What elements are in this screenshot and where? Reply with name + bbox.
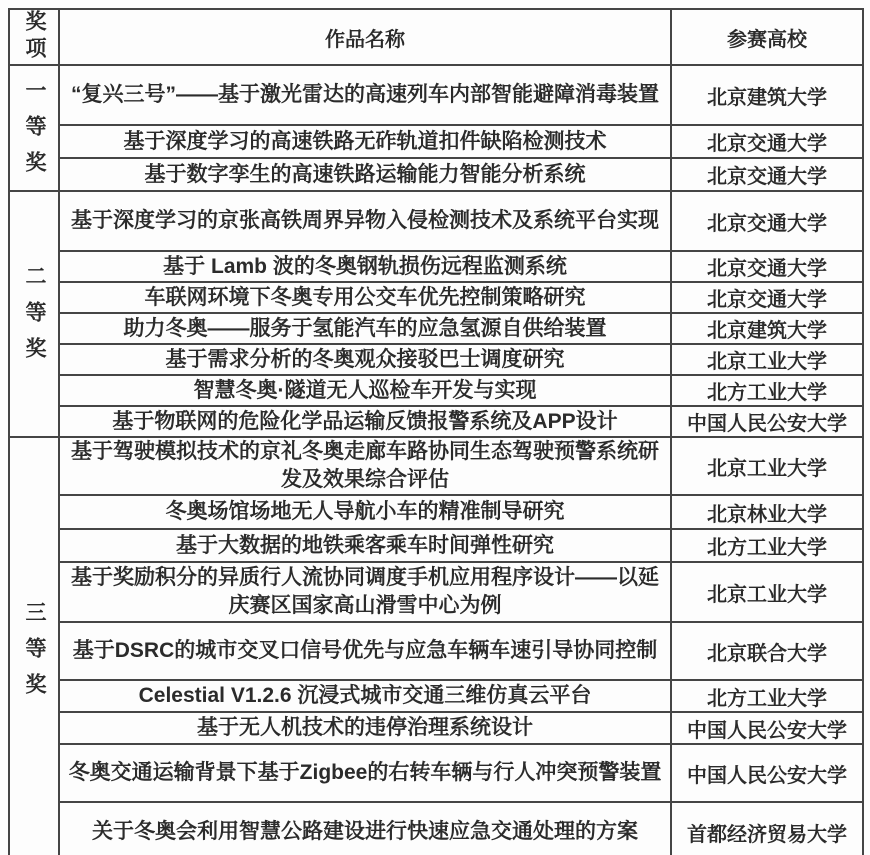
award-label-first-prize: 一等奖 [19, 79, 49, 187]
work-title-cell: 基于大数据的地铁乘客乘车时间弹性研究 [59, 529, 671, 562]
work-title-cell: 关于冬奥会利用智慧公路建设进行快速应急交通处理的方案 [59, 802, 671, 855]
university-column-header: 参赛高校 [671, 9, 863, 65]
award-cell-second-prize: 二等奖 [9, 191, 59, 437]
work-title-cell: 基于数字孪生的高速铁路运输能力智能分析系统 [59, 158, 671, 191]
table-row: 智慧冬奥·隧道无人巡检车开发与实现 北方工业大学 [9, 375, 863, 406]
work-title-cell: 车联网环境下冬奥专用公交车优先控制策略研究 [59, 282, 671, 313]
university-cell: 中国人民公安大学 [671, 744, 863, 802]
table-row: 三等奖 基于驾驶模拟技术的京礼冬奥走廊车路协同生态驾驶预警系统研发及效果综合评估… [9, 437, 863, 495]
university-cell: 北京建筑大学 [671, 313, 863, 344]
table-row: 基于深度学习的高速铁路无砟轨道扣件缺陷检测技术 北京交通大学 [9, 125, 863, 158]
university-cell: 北京交通大学 [671, 191, 863, 251]
award-cell-first-prize: 一等奖 [9, 65, 59, 191]
award-label-third-prize: 三等奖 [19, 601, 49, 709]
university-cell: 北京交通大学 [671, 282, 863, 313]
screenshot-root: 奖项 作品名称 参赛高校 一等奖 “复兴三号”——基于激光雷达的高速列车内部智能… [0, 0, 870, 855]
work-title-cell: 助力冬奥——服务于氢能汽车的应急氢源自供给装置 [59, 313, 671, 344]
table-row: 基于奖励积分的异质行人流协同调度手机应用程序设计——以延庆赛区国家高山滑雪中心为… [9, 562, 863, 622]
table-row: 基于 Lamb 波的冬奥钢轨损伤远程监测系统 北京交通大学 [9, 251, 863, 282]
work-title-cell: 基于奖励积分的异质行人流协同调度手机应用程序设计——以延庆赛区国家高山滑雪中心为… [59, 562, 671, 622]
university-cell: 中国人民公安大学 [671, 712, 863, 744]
header-row: 奖项 作品名称 参赛高校 [9, 9, 863, 65]
work-title-cell: 基于深度学习的高速铁路无砟轨道扣件缺陷检测技术 [59, 125, 671, 158]
work-title-cell: 基于DSRC的城市交叉口信号优先与应急车辆车速引导协同控制 [59, 622, 671, 680]
award-column-header-cell: 奖项 [9, 9, 59, 65]
table-row: 基于数字孪生的高速铁路运输能力智能分析系统 北京交通大学 [9, 158, 863, 191]
university-cell: 北京工业大学 [671, 344, 863, 375]
table-row: 一等奖 “复兴三号”——基于激光雷达的高速列车内部智能避障消毒装置 北京建筑大学 [9, 65, 863, 125]
award-cell-third-prize: 三等奖 [9, 437, 59, 855]
university-cell: 北京交通大学 [671, 251, 863, 282]
university-cell: 北京建筑大学 [671, 65, 863, 125]
work-title-cell: 基于无人机技术的违停治理系统设计 [59, 712, 671, 744]
awards-table: 奖项 作品名称 参赛高校 一等奖 “复兴三号”——基于激光雷达的高速列车内部智能… [8, 8, 864, 855]
university-cell: 北京林业大学 [671, 495, 863, 529]
table-row: 基于DSRC的城市交叉口信号优先与应急车辆车速引导协同控制 北京联合大学 [9, 622, 863, 680]
award-label-second-prize: 二等奖 [19, 265, 49, 373]
table-row: 冬奥场馆场地无人导航小车的精准制导研究 北京林业大学 [9, 495, 863, 529]
university-cell: 首都经济贸易大学 [671, 802, 863, 855]
table-row: 二等奖 基于深度学习的京张高铁周界异物入侵检测技术及系统平台实现 北京交通大学 [9, 191, 863, 251]
university-cell: 北京工业大学 [671, 437, 863, 495]
table-row: Celestial V1.2.6 沉浸式城市交通三维仿真云平台 北方工业大学 [9, 680, 863, 712]
award-column-header: 奖项 [19, 10, 49, 64]
university-cell: 北京联合大学 [671, 622, 863, 680]
table-row: 基于需求分析的冬奥观众接驳巴士调度研究 北京工业大学 [9, 344, 863, 375]
work-title-cell: 基于深度学习的京张高铁周界异物入侵检测技术及系统平台实现 [59, 191, 671, 251]
university-cell: 北京交通大学 [671, 125, 863, 158]
work-title-cell: 基于物联网的危险化学品运输反馈报警系统及APP设计 [59, 406, 671, 437]
university-cell: 北京交通大学 [671, 158, 863, 191]
work-title-cell: “复兴三号”——基于激光雷达的高速列车内部智能避障消毒装置 [59, 65, 671, 125]
work-title-cell: 基于驾驶模拟技术的京礼冬奥走廊车路协同生态驾驶预警系统研发及效果综合评估 [59, 437, 671, 495]
table-row: 关于冬奥会利用智慧公路建设进行快速应急交通处理的方案 首都经济贸易大学 [9, 802, 863, 855]
table-row: 助力冬奥——服务于氢能汽车的应急氢源自供给装置 北京建筑大学 [9, 313, 863, 344]
work-column-header: 作品名称 [59, 9, 671, 65]
work-title-cell: 智慧冬奥·隧道无人巡检车开发与实现 [59, 375, 671, 406]
table-row: 基于无人机技术的违停治理系统设计 中国人民公安大学 [9, 712, 863, 744]
university-cell: 中国人民公安大学 [671, 406, 863, 437]
work-title-cell: Celestial V1.2.6 沉浸式城市交通三维仿真云平台 [59, 680, 671, 712]
table-row: 基于物联网的危险化学品运输反馈报警系统及APP设计 中国人民公安大学 [9, 406, 863, 437]
table-row: 基于大数据的地铁乘客乘车时间弹性研究 北方工业大学 [9, 529, 863, 562]
work-title-cell: 冬奥场馆场地无人导航小车的精准制导研究 [59, 495, 671, 529]
work-title-cell: 基于 Lamb 波的冬奥钢轨损伤远程监测系统 [59, 251, 671, 282]
work-title-cell: 基于需求分析的冬奥观众接驳巴士调度研究 [59, 344, 671, 375]
table-row: 冬奥交通运输背景下基于Zigbee的右转车辆与行人冲突预警装置 中国人民公安大学 [9, 744, 863, 802]
work-title-cell: 冬奥交通运输背景下基于Zigbee的右转车辆与行人冲突预警装置 [59, 744, 671, 802]
university-cell: 北京工业大学 [671, 562, 863, 622]
university-cell: 北方工业大学 [671, 375, 863, 406]
table-row: 车联网环境下冬奥专用公交车优先控制策略研究 北京交通大学 [9, 282, 863, 313]
university-cell: 北方工业大学 [671, 529, 863, 562]
university-cell: 北方工业大学 [671, 680, 863, 712]
